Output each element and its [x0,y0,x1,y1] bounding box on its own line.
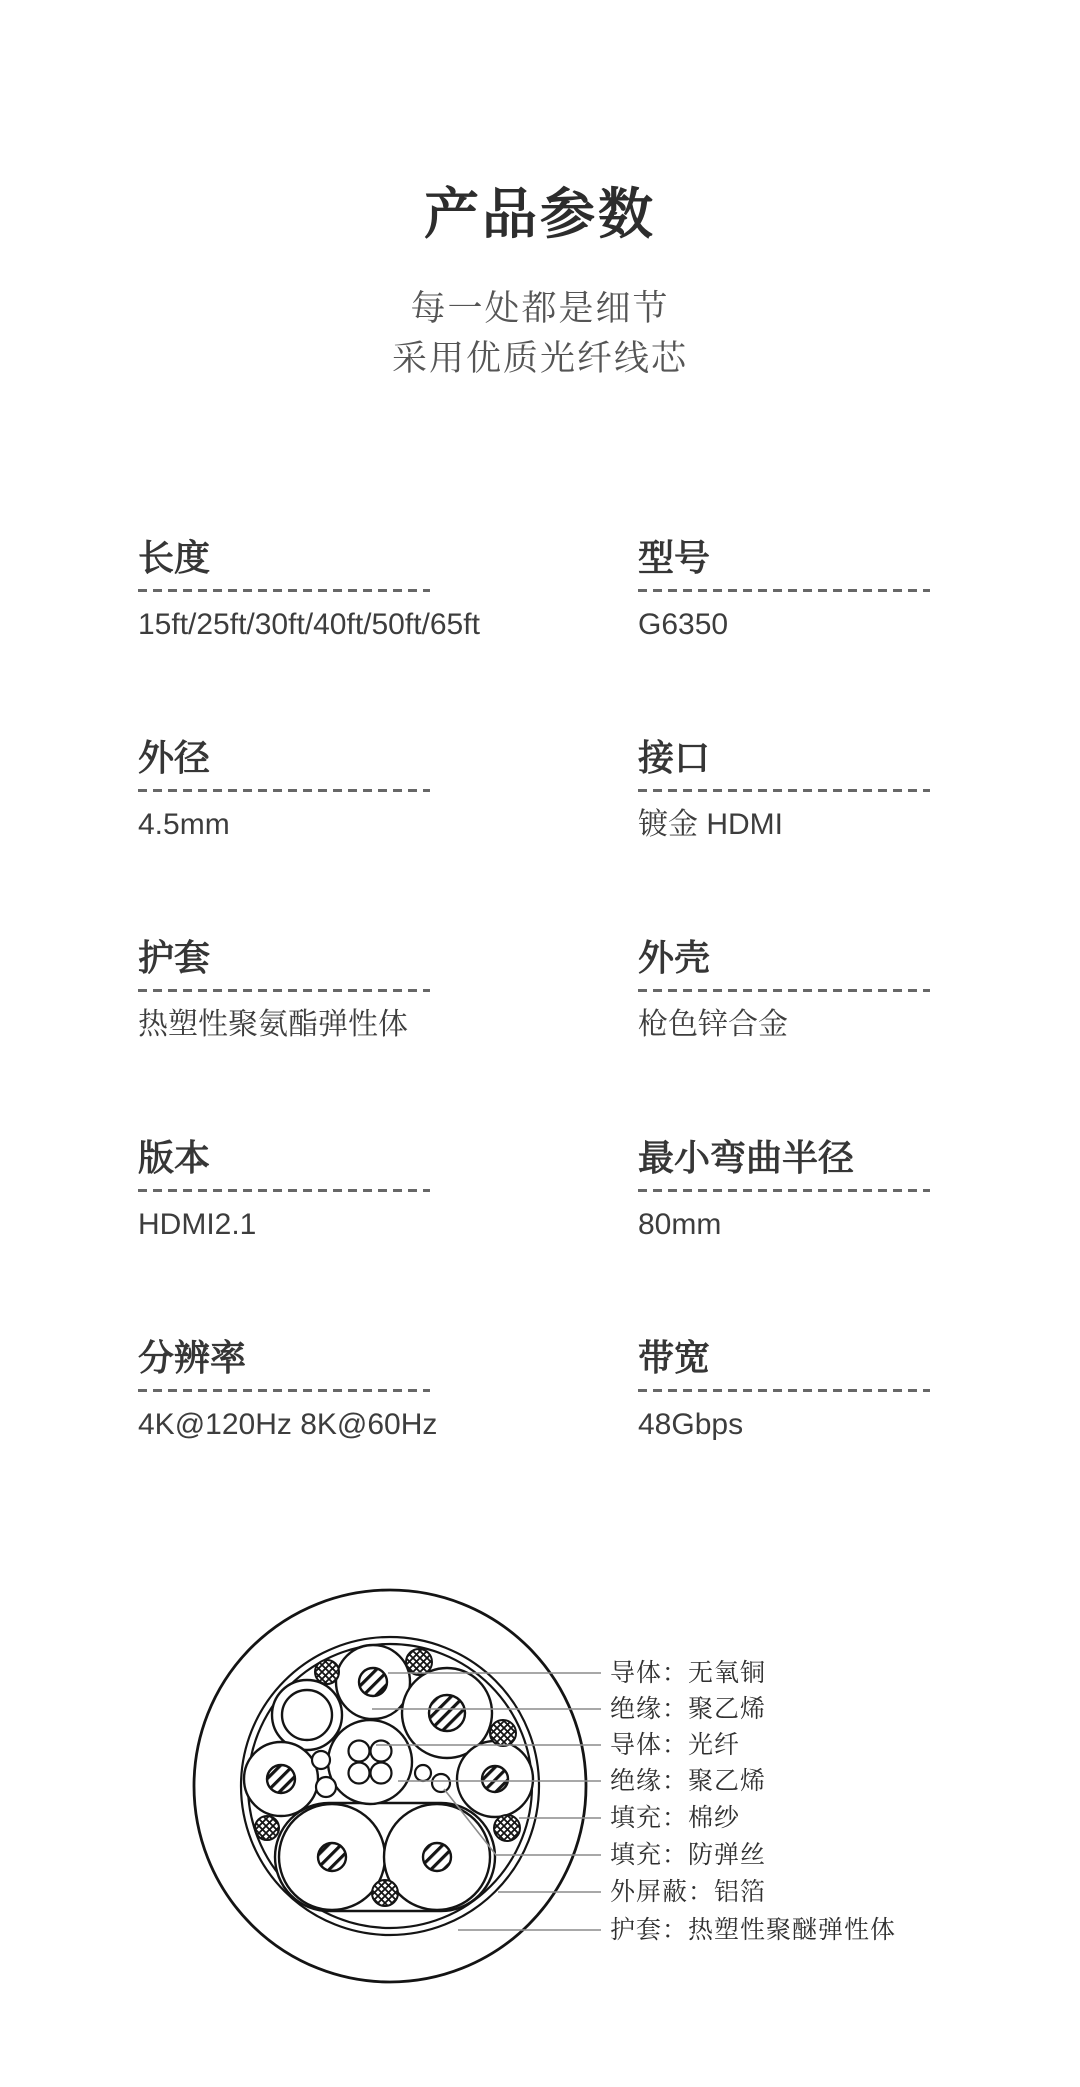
spec-value: 80mm [638,1206,978,1244]
cotton-filler-ball [490,1720,516,1746]
spec-divider [638,1189,930,1192]
spec-value: G6350 [638,606,978,644]
cotton-filler-ball [255,1816,279,1840]
aramid-filler-circle [312,1751,330,1769]
spec-value: 4.5mm [138,806,478,844]
diagram-label-insulation-pe-1: 绝缘：聚乙烯 [610,1692,766,1726]
wire-top-core [359,1668,387,1696]
diagram-label-conductor-copper: 导体：无氧铜 [610,1656,766,1690]
spec-divider [638,789,930,792]
page-subtitle: 每一处都是细节 采用优质光纤线芯 [0,284,1080,384]
aramid-filler-circle [432,1774,450,1792]
cotton-filler-ball [372,1880,398,1906]
cotton-filler-ball [494,1815,520,1841]
spec-label: 长度 [138,536,478,580]
pair-core-right [423,1843,451,1871]
wire-topright-core [429,1695,465,1731]
spec-outer-diameter: 外径 4.5mm [138,736,478,844]
spec-label: 接口 [638,736,978,780]
spec-divider [638,1389,930,1392]
fiber-strand [349,1741,370,1762]
spec-version: 版本 HDMI2.1 [138,1136,478,1244]
pair-core-left [318,1843,346,1871]
spec-label: 版本 [138,1136,478,1180]
fiber-strand [371,1741,392,1762]
diagram-label-filler-cotton: 填充：棉纱 [610,1801,740,1835]
diagram-label-outer-shield: 外屏蔽：铝箔 [610,1875,766,1909]
spec-label: 外径 [138,736,478,780]
spec-value: 枪色锌合金 [638,1006,978,1044]
fiber-strand [349,1763,370,1784]
fiber-strand [371,1763,392,1784]
subtitle-line-2: 采用优质光纤线芯 [0,334,1080,384]
spec-divider [138,1389,430,1392]
spec-value: 48Gbps [638,1406,978,1444]
page-title: 产品参数 [0,170,1080,249]
spec-label: 护套 [138,936,478,980]
diagram-label-jacket: 护套：热塑性聚醚弹性体 [610,1913,896,1947]
spec-divider [638,989,930,992]
spec-label: 外壳 [638,936,978,980]
spec-divider [138,1189,430,1192]
spec-value: 4K@120Hz 8K@60Hz [138,1406,478,1444]
spec-shell: 外壳 枪色锌合金 [638,936,978,1044]
spec-divider [138,989,430,992]
spec-divider [138,789,430,792]
spec-bandwidth: 带宽 48Gbps [638,1336,978,1444]
spec-label: 带宽 [638,1336,978,1380]
spec-model: 型号 G6350 [638,536,978,644]
spec-label: 最小弯曲半径 [638,1136,978,1180]
spec-label: 型号 [638,536,978,580]
spec-min-bend-radius: 最小弯曲半径 80mm [638,1136,978,1244]
diagram-label-conductor-fiber: 导体：光纤 [610,1728,740,1762]
spec-value: 热塑性聚氨酯弹性体 [138,1006,478,1044]
tube-inner [282,1690,332,1740]
spec-value: HDMI2.1 [138,1206,478,1244]
spec-length: 长度 15ft/25ft/30ft/40ft/50ft/65ft [138,536,478,644]
diagram-label-insulation-pe-2: 绝缘：聚乙烯 [610,1764,766,1798]
diagram-label-filler-aramid: 填充：防弹丝 [610,1838,766,1872]
cotton-filler-ball [315,1660,339,1684]
cotton-filler-ball [406,1649,432,1675]
subtitle-line-1: 每一处都是细节 [0,284,1080,334]
spec-jacket: 护套 热塑性聚氨酯弹性体 [138,936,478,1044]
spec-value: 镀金 HDMI [638,806,978,844]
aramid-filler-circle [316,1777,336,1797]
spec-connector: 接口 镀金 HDMI [638,736,978,844]
spec-divider [138,589,430,592]
fiber-bundle-circle [328,1720,412,1804]
spec-label: 分辨率 [138,1336,478,1380]
spec-value: 15ft/25ft/30ft/40ft/50ft/65ft [138,606,478,644]
aramid-filler-circle [415,1765,431,1781]
wire-right-core [482,1766,508,1792]
spec-divider [638,589,930,592]
wire-left-core [267,1765,295,1793]
cable-cross-section-diagram [0,1560,1080,2000]
spec-resolution: 分辨率 4K@120Hz 8K@60Hz [138,1336,478,1444]
product-parameters-page: 产品参数 每一处都是细节 采用优质光纤线芯 长度 15ft/25ft/30ft/… [0,0,1080,2087]
